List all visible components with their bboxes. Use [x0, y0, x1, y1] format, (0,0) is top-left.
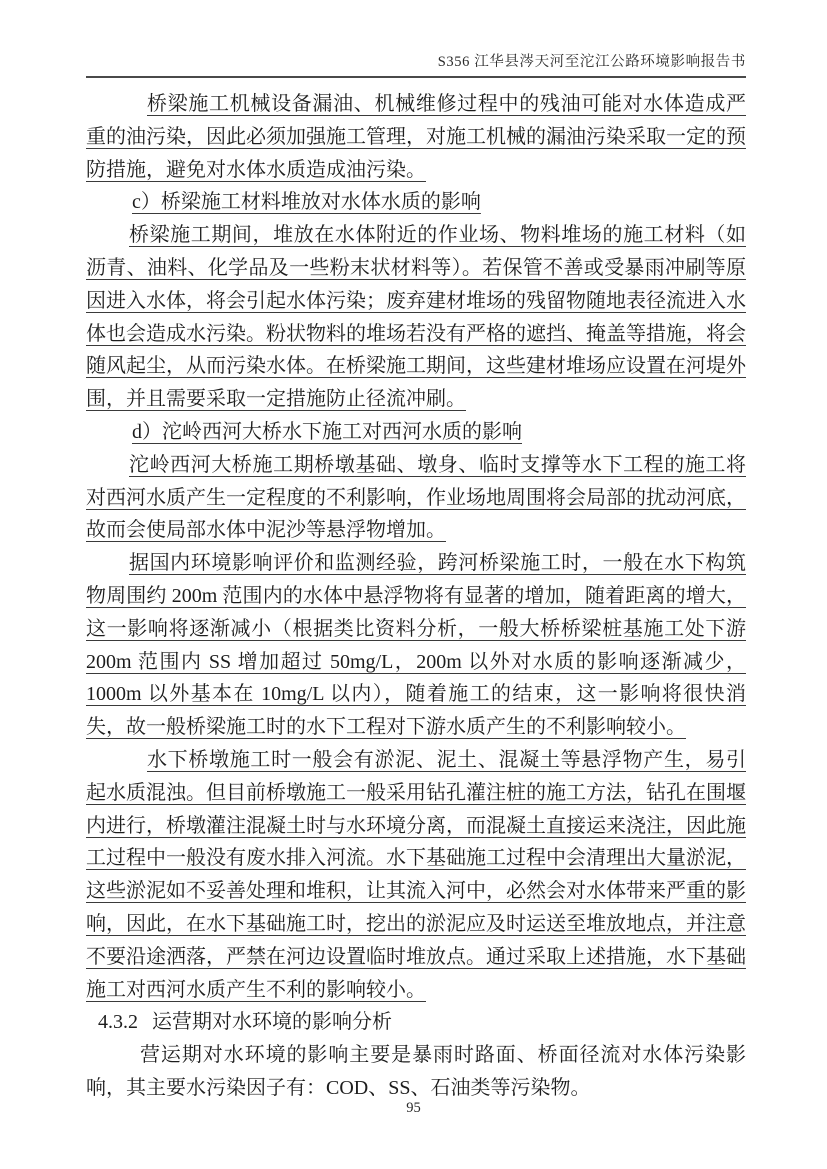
page-header: S356 江华县涔天河至沱江公路环境影响报告书 — [86, 50, 746, 78]
heading-c-material-stacking: c）桥梁施工材料堆放对水体水质的影响 — [86, 186, 746, 219]
paragraph-oil-pollution: 桥梁施工机械设备漏油、机械维修过程中的残油可能对水体造成严重的油污染，因此必须加… — [86, 88, 746, 186]
section-heading-4-3-2: 4.3.2运营期对水环境的影响分析 — [86, 1006, 746, 1039]
document-page: S356 江华县涔天河至沱江公路环境影响报告书 桥梁施工机械设备漏油、机械维修过… — [0, 0, 827, 1169]
header-rule — [86, 76, 746, 78]
header-title: S356 江华县涔天河至沱江公路环境影响报告书 — [86, 50, 746, 76]
page-footer: 95 — [0, 1100, 827, 1117]
page-number: 95 — [406, 1100, 421, 1116]
document-body: 桥梁施工机械设备漏油、机械维修过程中的残油可能对水体造成严重的油污染，因此必须加… — [86, 88, 746, 1105]
section-title: 运营期对水环境的影响分析 — [152, 1011, 392, 1033]
paragraph-silt-handling: 水下桥墩施工时一般会有淤泥、泥土、混凝土等悬浮物产生，易引起水质混浊。但目前桥墩… — [86, 744, 746, 1006]
paragraph-construction-materials: 桥梁施工期间，堆放在水体附近的作业场、物料堆场的施工材料（如沥青、油料、化学品及… — [86, 219, 746, 416]
paragraph-suspended-solids: 据国内环境影响评价和监测经验，跨河桥梁施工时，一般在水下构筑物周围约 200m … — [86, 547, 746, 744]
heading-d-underwater-construction: d）沱岭西河大桥水下施工对西河水质的影响 — [86, 416, 746, 449]
paragraph-tuoling-bridge: 沱岭西河大桥施工期桥墩基础、墩身、临时支撑等水下工程的施工将对西河水质产生一定程… — [86, 449, 746, 547]
paragraph-operation-period: 营运期对水环境的影响主要是暴雨时路面、桥面径流对水体污染影响，其主要水污染因子有… — [86, 1039, 746, 1105]
section-number: 4.3.2 — [98, 1011, 138, 1033]
